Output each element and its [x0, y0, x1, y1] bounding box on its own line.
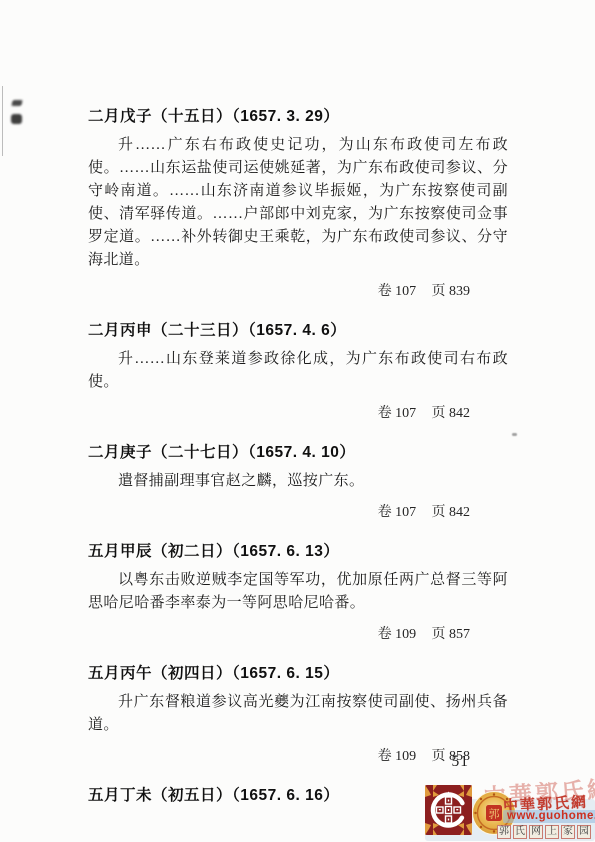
coin-character: 郭: [489, 808, 500, 821]
tagline-char-box: 氏: [513, 825, 527, 839]
tagline-char-box: 郭: [497, 825, 511, 839]
site-watermark: 中華郭氏網: [425, 781, 595, 842]
entry-body: 升广东督粮道参议高光夔为江南按察使司副使、扬州兵备道。: [88, 691, 508, 737]
entry-date-heading: 二月庚子（二十七日）（1657. 4. 10）: [88, 442, 508, 464]
watermark-tagline: 郭氏网上家园: [497, 825, 591, 839]
watermark-url: www.guohome.org: [503, 810, 595, 823]
entry-body: 以粤东击败逆贼李定国等军功，优加原任两广总督三等阿思哈尼哈番李率泰为一等阿思哈尼…: [88, 569, 508, 615]
tagline-char-box: 园: [577, 825, 591, 839]
entry-body: 升……广东右布政使史记功，为山东布政使司左布政使。……山东运盐使司运使姚延著，为…: [88, 134, 508, 272]
entry-date-heading: 五月甲辰（初二日）（1657. 6. 13）: [88, 541, 508, 563]
entry-citation: 卷 107页 842: [88, 406, 470, 422]
record-entry: 二月戊子（十五日）（1657. 3. 29） 升……广东右布政使史记功，为山东布…: [88, 106, 508, 300]
entry-date-heading: 五月丙午（初四日）（1657. 6. 15）: [88, 663, 508, 685]
citation-page: 页 857: [432, 627, 471, 642]
page-number: 51: [452, 753, 470, 771]
margin-smudge-bottom: [11, 114, 22, 124]
entry-citation: 卷 109页 857: [88, 627, 470, 643]
entry-body: 升……山东登莱道参政徐化成，为广东布政使司右布政使。: [88, 348, 508, 394]
record-entry: 五月丙午（初四日）（1657. 6. 15） 升广东督粮道参议高光夔为江南按察使…: [88, 663, 508, 765]
square-seal-icon: [425, 784, 472, 836]
page-content: 二月戊子（十五日）（1657. 3. 29） 升……广东右布政使史记功，为山东布…: [88, 106, 508, 827]
record-entry: 二月庚子（二十七日）（1657. 4. 10） 遣督捕副理事官赵之麟，巡按广东。…: [88, 442, 508, 521]
entry-date-heading: 二月丙申（二十三日）（1657. 4. 6）: [88, 320, 508, 342]
citation-page: 页 842: [432, 406, 471, 421]
stray-ink-mark: [512, 433, 517, 436]
entry-body: 遣督捕副理事官赵之麟，巡按广东。: [88, 470, 508, 493]
entry-date-heading: 二月戊子（十五日）（1657. 3. 29）: [88, 106, 508, 128]
citation-page: 页 842: [432, 505, 471, 520]
tagline-char-box: 网: [529, 825, 543, 839]
entry-citation: 卷 107页 839: [88, 284, 470, 300]
entry-citation: 卷 109页 858: [88, 749, 470, 765]
tagline-char-box: 家: [561, 825, 575, 839]
tagline-char-box: 上: [545, 825, 559, 839]
entry-citation: 卷 107页 842: [88, 505, 470, 521]
book-page: 二月戊子（十五日）（1657. 3. 29） 升……广东右布政使史记功，为山东布…: [0, 0, 595, 842]
citation-volume: 卷 109: [378, 749, 417, 764]
citation-page: 页 839: [432, 284, 471, 299]
citation-volume: 卷 107: [378, 505, 417, 520]
scan-edge-line: [2, 86, 3, 156]
margin-smudge-top: [11, 100, 22, 106]
record-entry: 五月甲辰（初二日）（1657. 6. 13） 以粤东击败逆贼李定国等军功，优加原…: [88, 541, 508, 643]
citation-volume: 卷 107: [378, 406, 417, 421]
record-entry: 二月丙申（二十三日）（1657. 4. 6） 升……山东登莱道参政徐化成，为广东…: [88, 320, 508, 422]
citation-volume: 卷 107: [378, 284, 417, 299]
citation-volume: 卷 109: [378, 627, 417, 642]
